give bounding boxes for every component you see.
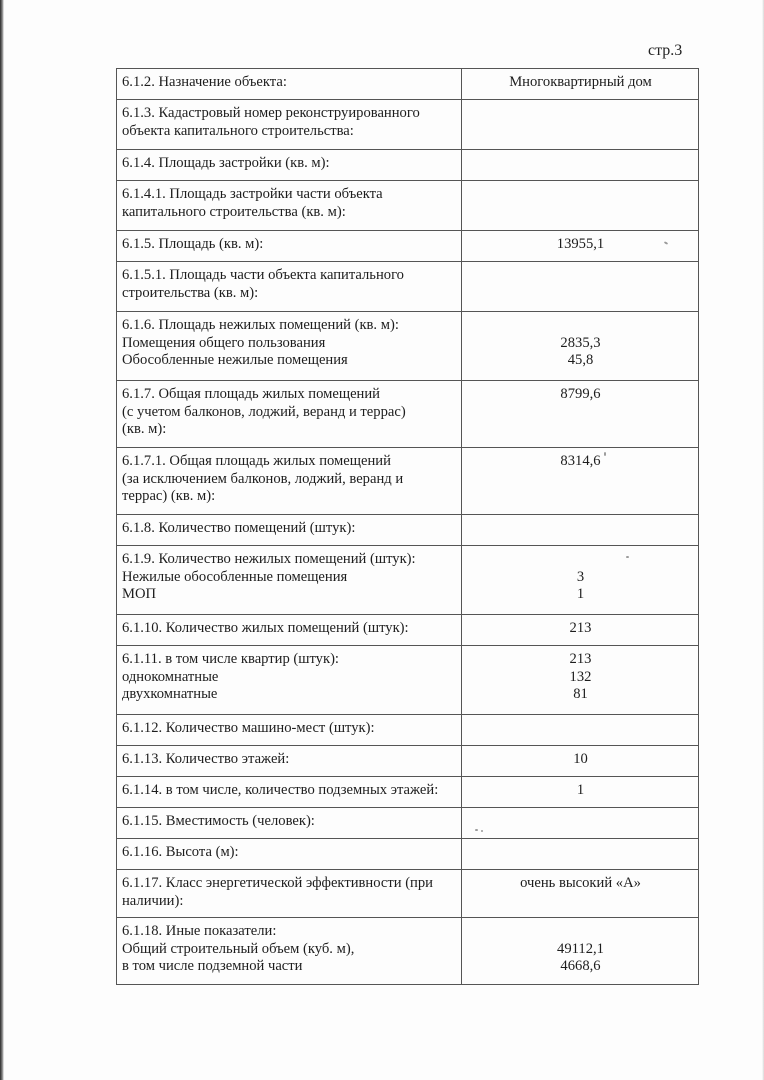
table-row: 6.1.7.1. Общая площадь жилых помещений (…: [117, 448, 699, 515]
row-label: 6.1.4.1. Площадь застройки части объекта…: [122, 186, 457, 221]
row-value-cell: [462, 839, 699, 870]
row-label: 6.1.13. Количество этажей:: [122, 751, 457, 769]
row-value-cell: Многоквартирный дом: [462, 69, 699, 100]
row-label-cell: 6.1.4. Площадь застройки (кв. м):: [117, 150, 462, 181]
row-value: 8799,6: [467, 386, 694, 404]
row-label: 6.1.5. Площадь (кв. м):: [122, 236, 457, 254]
row-value-cell: 8314,6: [462, 448, 699, 515]
scan-speck: [604, 452, 606, 456]
row-value: 213 132 81: [467, 651, 694, 704]
table-row: 6.1.14. в том числе, количество подземны…: [117, 777, 699, 808]
row-label-cell: 6.1.3. Кадастровый номер реконструирован…: [117, 100, 462, 150]
table-row: 6.1.10. Количество жилых помещений (штук…: [117, 615, 699, 646]
table-row: 6.1.13. Количество этажей:10: [117, 746, 699, 777]
row-value: 8314,6: [467, 453, 694, 471]
table-row: 6.1.2. Назначение объекта:Многоквартирны…: [117, 69, 699, 100]
row-value-cell: [462, 181, 699, 231]
row-value-cell: 1: [462, 777, 699, 808]
row-label: 6.1.9. Количество нежилых помещений (шту…: [122, 551, 457, 604]
row-label-cell: 6.1.9. Количество нежилых помещений (шту…: [117, 546, 462, 615]
row-label: 6.1.17. Класс энергетической эффективнос…: [122, 875, 457, 910]
scan-speck: [626, 556, 629, 558]
scan-edge-shadow: [0, 0, 4, 1080]
row-label: 6.1.16. Высота (м):: [122, 844, 457, 862]
table-row: 6.1.18. Иные показатели: Общий строитель…: [117, 918, 699, 985]
row-label-cell: 6.1.4.1. Площадь застройки части объекта…: [117, 181, 462, 231]
row-value: 49112,1 4668,6: [467, 923, 694, 976]
row-label: 6.1.6. Площадь нежилых помещений (кв. м)…: [122, 317, 457, 370]
row-label-cell: 6.1.17. Класс энергетической эффективнос…: [117, 870, 462, 918]
row-label-cell: 6.1.6. Площадь нежилых помещений (кв. м)…: [117, 312, 462, 381]
row-value-cell: [462, 515, 699, 546]
row-label-cell: 6.1.8. Количество помещений (штук):: [117, 515, 462, 546]
row-value-cell: 213: [462, 615, 699, 646]
table-row: 6.1.12. Количество машино-мест (штук):: [117, 715, 699, 746]
table-row: 6.1.15. Вместимость (человек):: [117, 808, 699, 839]
row-label-cell: 6.1.15. Вместимость (человек):: [117, 808, 462, 839]
row-value: 1: [467, 782, 694, 800]
row-label-cell: 6.1.2. Назначение объекта:: [117, 69, 462, 100]
row-value-cell: 2835,3 45,8: [462, 312, 699, 381]
page-number: стр.3: [648, 42, 682, 60]
table-row: 6.1.4.1. Площадь застройки части объекта…: [117, 181, 699, 231]
table-row: 6.1.4. Площадь застройки (кв. м):: [117, 150, 699, 181]
row-label-cell: 6.1.16. Высота (м):: [117, 839, 462, 870]
table-row: 6.1.11. в том числе квартир (штук): одно…: [117, 646, 699, 715]
row-value: 10: [467, 751, 694, 769]
row-label-cell: 6.1.5. Площадь (кв. м):: [117, 231, 462, 262]
row-label-cell: 6.1.5.1. Площадь части объекта капитальн…: [117, 262, 462, 312]
row-value-cell: 10: [462, 746, 699, 777]
row-value-cell: [462, 150, 699, 181]
row-label: 6.1.10. Количество жилых помещений (штук…: [122, 620, 457, 638]
object-characteristics-table: 6.1.2. Назначение объекта:Многоквартирны…: [116, 68, 699, 985]
row-label: 6.1.12. Количество машино-мест (штук):: [122, 720, 457, 738]
row-label-cell: 6.1.14. в том числе, количество подземны…: [117, 777, 462, 808]
row-value: 3 1: [467, 551, 694, 604]
row-value-cell: [462, 808, 699, 839]
row-label: 6.1.7.1. Общая площадь жилых помещений (…: [122, 453, 457, 506]
row-value-cell: [462, 715, 699, 746]
scan-speck: [481, 830, 483, 832]
row-value-cell: 3 1: [462, 546, 699, 615]
row-label: 6.1.7. Общая площадь жилых помещений (с …: [122, 386, 457, 439]
row-value: 13955,1: [467, 236, 694, 254]
row-value-cell: очень высокий «А»: [462, 870, 699, 918]
row-value-cell: 213 132 81: [462, 646, 699, 715]
row-label: 6.1.5.1. Площадь части объекта капитальн…: [122, 267, 457, 302]
row-value: очень высокий «А»: [467, 875, 694, 893]
table-row: 6.1.8. Количество помещений (штук):: [117, 515, 699, 546]
row-value-cell: [462, 262, 699, 312]
row-label: 6.1.3. Кадастровый номер реконструирован…: [122, 105, 457, 140]
row-label: 6.1.18. Иные показатели: Общий строитель…: [122, 923, 457, 976]
table-row: 6.1.9. Количество нежилых помещений (шту…: [117, 546, 699, 615]
row-value: 213: [467, 620, 694, 638]
table-row: 6.1.3. Кадастровый номер реконструирован…: [117, 100, 699, 150]
row-value-cell: 8799,6: [462, 381, 699, 448]
row-value-cell: 13955,1: [462, 231, 699, 262]
row-value: 2835,3 45,8: [467, 317, 694, 370]
row-value-cell: 49112,1 4668,6: [462, 918, 699, 985]
row-label-cell: 6.1.7. Общая площадь жилых помещений (с …: [117, 381, 462, 448]
row-label-cell: 6.1.11. в том числе квартир (штук): одно…: [117, 646, 462, 715]
row-label-cell: 6.1.18. Иные показатели: Общий строитель…: [117, 918, 462, 985]
row-label: 6.1.14. в том числе, количество подземны…: [122, 782, 457, 800]
row-value-cell: [462, 100, 699, 150]
row-label: 6.1.2. Назначение объекта:: [122, 74, 457, 92]
row-value: Многоквартирный дом: [467, 74, 694, 92]
row-label-cell: 6.1.13. Количество этажей:: [117, 746, 462, 777]
table-row: 6.1.16. Высота (м):: [117, 839, 699, 870]
row-label-cell: 6.1.12. Количество машино-мест (штук):: [117, 715, 462, 746]
row-label: 6.1.11. в том числе квартир (штук): одно…: [122, 651, 457, 704]
table-row: 6.1.5.1. Площадь части объекта капитальн…: [117, 262, 699, 312]
row-label-cell: 6.1.10. Количество жилых помещений (штук…: [117, 615, 462, 646]
row-label: 6.1.8. Количество помещений (штук):: [122, 520, 457, 538]
row-label: 6.1.15. Вместимость (человек):: [122, 813, 457, 831]
table-row: 6.1.17. Класс энергетической эффективнос…: [117, 870, 699, 918]
row-label: 6.1.4. Площадь застройки (кв. м):: [122, 155, 457, 173]
row-label-cell: 6.1.7.1. Общая площадь жилых помещений (…: [117, 448, 462, 515]
table-row: 6.1.5. Площадь (кв. м):13955,1: [117, 231, 699, 262]
scan-speck: [475, 829, 478, 831]
table-row: 6.1.6. Площадь нежилых помещений (кв. м)…: [117, 312, 699, 381]
table-row: 6.1.7. Общая площадь жилых помещений (с …: [117, 381, 699, 448]
